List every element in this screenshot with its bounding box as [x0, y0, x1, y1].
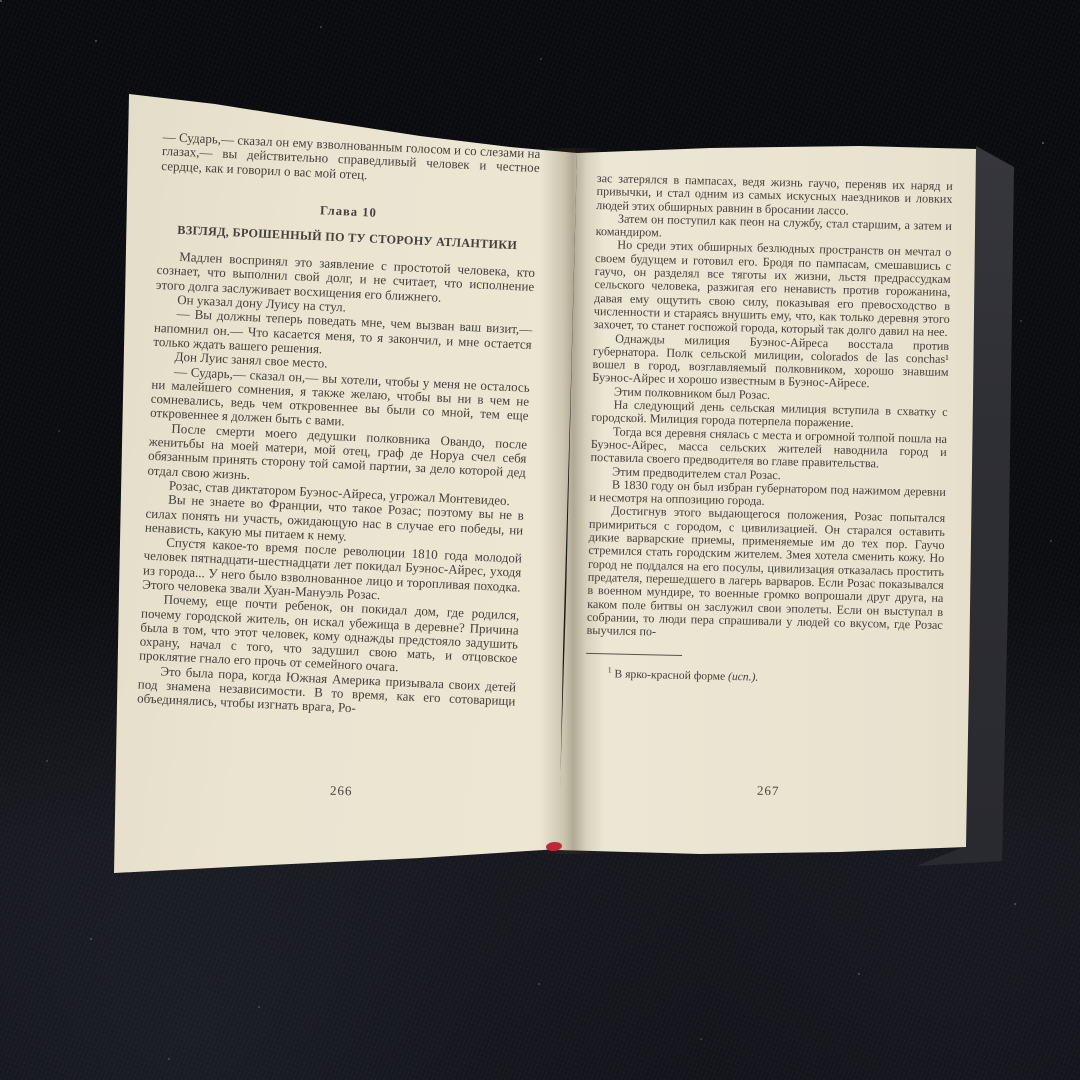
footnote-text: В ярко-красной форме	[611, 668, 728, 684]
left-page-text: — Сударь,— сказал он ему взволнованным г…	[137, 130, 541, 723]
page-number-left: 266	[330, 783, 353, 800]
page-number-right: 267	[757, 783, 780, 799]
paragraph: Но среди этих обширных безлюдных простра…	[593, 238, 951, 339]
right-page-text: зас затерялся в пампасах, ведя жизнь гау…	[585, 172, 952, 689]
chapter-label: Глава 10	[159, 197, 537, 228]
footnote-rule	[586, 653, 682, 656]
paragraph: Однажды милиция Буэнос-Айреса восстала п…	[592, 332, 949, 393]
paragraph: Достигнув этого выдающегося положения, Р…	[586, 504, 945, 645]
book-photo: — Сударь,— сказал он ему взволнованным г…	[0, 0, 1080, 1080]
dust-specks	[0, 0, 2, 2]
chapter-title: ВЗГЛЯД, БРОШЕННЫЙ ПО ТУ СТОРОНУ АТЛАНТИК…	[158, 223, 536, 254]
footnote-language-note: (исп.).	[728, 670, 759, 684]
